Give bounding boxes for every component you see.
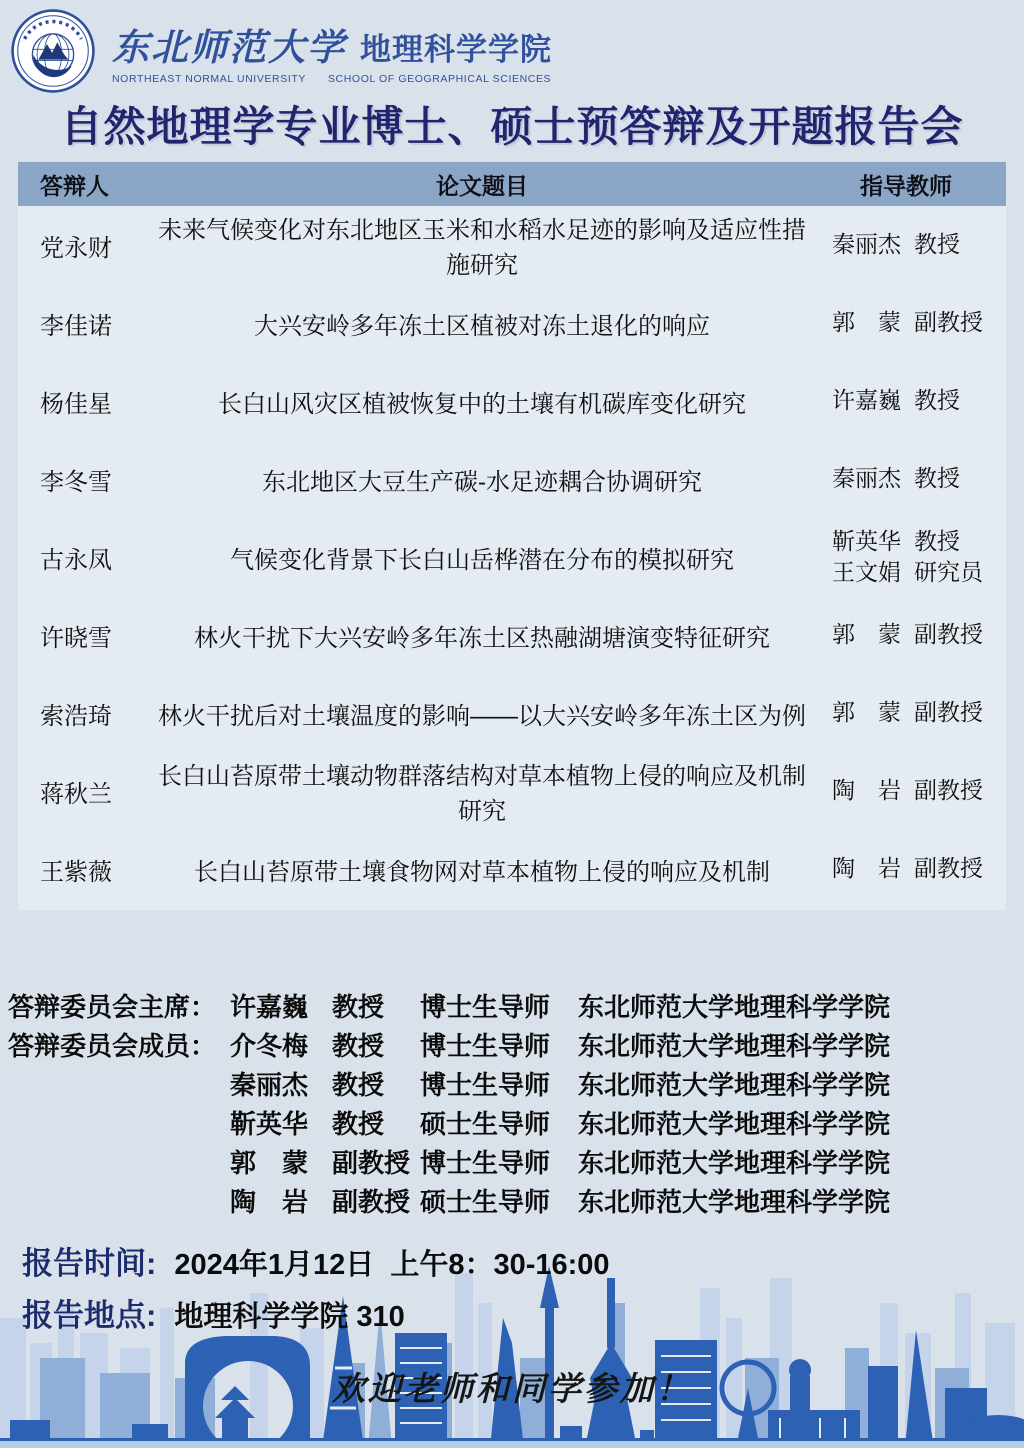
table-row: 索浩琦 林火干扰后对土壤温度的影响——以大兴安岭多年冻土区为例 郭 蒙副教授 <box>18 674 1006 752</box>
committee-member-org: 东北师范大学地理科学学院 <box>578 1065 1008 1102</box>
committee-member-name: 秦丽杰 <box>230 1065 332 1102</box>
thesis-title: 未来气候变化对东北地区玉米和水稻水足迹的影响及适应性措施研究 <box>148 210 816 280</box>
advisor-title: 副教授 <box>914 697 983 728</box>
advisor-title: 教授 <box>914 526 960 557</box>
defender-name: 许晓雪 <box>18 618 148 653</box>
report-place-row: 报告地点: 地理科学学院 310 <box>22 1290 405 1335</box>
report-time-row: 报告时间: 2024年1月12日 上午8：30-16:00 <box>22 1238 610 1283</box>
committee-row: 答辩委员会主席： 许嘉巍 教授 博士生导师 东北师范大学地理科学学院 <box>8 986 1008 1025</box>
advisor-name: 王文娟 <box>832 557 901 588</box>
advisor-cell: 郭 蒙副教授 <box>816 307 1006 338</box>
advisor-title: 副教授 <box>914 853 983 884</box>
defender-name: 李佳诺 <box>18 306 148 341</box>
advisor-title: 教授 <box>914 229 960 260</box>
thesis-title: 长白山风灾区植被恢复中的土壤有机碳库变化研究 <box>148 384 816 419</box>
school-name-en: SCHOOL OF GEOGRAPHICAL SCIENCES <box>328 73 551 85</box>
advisor-title: 副教授 <box>914 619 983 650</box>
advisor-name: 郭 蒙 <box>832 619 901 650</box>
committee-member-org: 东北师范大学地理科学学院 <box>578 1104 1008 1141</box>
table-row: 党永财 未来气候变化对东北地区玉米和水稻水足迹的影响及适应性措施研究 秦丽杰教授 <box>18 206 1006 284</box>
advisor-name: 靳英华 <box>832 526 901 557</box>
advisor-cell: 陶 岩副教授 <box>816 775 1006 806</box>
advisor-cell: 陶 岩副教授 <box>816 853 1006 884</box>
report-place-label: 报告地点: <box>22 1290 156 1335</box>
table-row: 李冬雪 东北地区大豆生产碳-水足迹耦合协调研究 秦丽杰教授 <box>18 440 1006 518</box>
committee-member-role: 博士生导师 <box>420 987 578 1024</box>
defender-name: 索浩琦 <box>18 696 148 731</box>
advisor-title: 教授 <box>914 463 960 494</box>
advisor-cell: 郭 蒙副教授 <box>816 619 1006 650</box>
advisor-cell: 秦丽杰教授 <box>816 229 1006 260</box>
committee-member-role: 博士生导师 <box>420 1026 578 1063</box>
table-row: 王紫薇 长白山苔原带土壤食物网对草本植物上侵的响应及机制 陶 岩副教授 <box>18 830 1006 908</box>
defender-name: 古永凤 <box>18 540 148 575</box>
advisor-name: 陶 岩 <box>832 853 901 884</box>
table-row: 古永凤 气候变化背景下长白山岳桦潜在分布的模拟研究 靳英华教授 王文娟研究员 <box>18 518 1006 596</box>
committee-member-org: 东北师范大学地理科学学院 <box>578 1182 1008 1219</box>
committee-member-title: 教授 <box>332 1104 420 1141</box>
defender-name: 党永财 <box>18 228 148 263</box>
poster-page: 东北师范大学 地理科学学院 NORTHEAST NORMAL UNIVERSIT… <box>0 0 1024 1448</box>
committee-row: 郭 蒙 副教授 博士生导师 东北师范大学地理科学学院 <box>8 1142 1008 1181</box>
table-row: 许晓雪 林火干扰下大兴安岭多年冻土区热融湖塘演变特征研究 郭 蒙副教授 <box>18 596 1006 674</box>
advisor-title: 教授 <box>914 385 960 416</box>
university-name-en: NORTHEAST NORMAL UNIVERSITY <box>112 73 306 85</box>
advisor-cell: 许嘉巍教授 <box>816 385 1006 416</box>
defender-name: 杨佳星 <box>18 384 148 419</box>
advisor-name: 郭 蒙 <box>832 697 901 728</box>
committee-member-role: 博士生导师 <box>420 1143 578 1180</box>
advisor-name: 许嘉巍 <box>832 385 901 416</box>
university-name-cn: 东北师范大学 <box>112 17 346 71</box>
thesis-title: 长白山苔原带土壤食物网对草本植物上侵的响应及机制 <box>148 852 816 887</box>
thesis-title: 东北地区大豆生产碳-水足迹耦合协调研究 <box>148 462 816 497</box>
advisor-name: 陶 岩 <box>832 775 901 806</box>
column-header-thesis: 论文题目 <box>148 168 816 201</box>
committee-member-role: 博士生导师 <box>420 1065 578 1102</box>
committee-member-role: 硕士生导师 <box>420 1182 578 1219</box>
committee-row: 秦丽杰 教授 博士生导师 东北师范大学地理科学学院 <box>8 1064 1008 1103</box>
advisor-title: 副教授 <box>914 307 983 338</box>
table-row: 蒋秋兰 长白山苔原带土壤动物群落结构对草本植物上侵的响应及机制研究 陶 岩副教授 <box>18 752 1006 830</box>
advisor-cell: 郭 蒙副教授 <box>816 697 1006 728</box>
school-name-cn: 地理科学学院 <box>360 24 552 69</box>
defender-name: 李冬雪 <box>18 462 148 497</box>
advisor-cell: 秦丽杰教授 <box>816 463 1006 494</box>
thesis-title: 大兴安岭多年冻土区植被对冻土退化的响应 <box>148 306 816 341</box>
advisor-title: 研究员 <box>914 557 983 588</box>
committee-member-name: 陶 岩 <box>230 1182 332 1219</box>
committee-member-org: 东北师范大学地理科学学院 <box>578 987 1008 1024</box>
defense-table: 答辩人 论文题目 指导教师 党永财 未来气候变化对东北地区玉米和水稻水足迹的影响… <box>18 162 1006 910</box>
committee-row: 答辩委员会成员： 介冬梅 教授 博士生导师 东北师范大学地理科学学院 <box>8 1025 1008 1064</box>
brand-header: 东北师范大学 地理科学学院 NORTHEAST NORMAL UNIVERSIT… <box>10 8 552 94</box>
committee-member-title: 教授 <box>332 1065 420 1102</box>
page-title: 自然地理学专业博士、硕士预答辩及开题报告会 <box>0 94 1024 154</box>
committee-member-name: 靳英华 <box>230 1104 332 1141</box>
committee-row: 陶 岩 副教授 硕士生导师 东北师范大学地理科学学院 <box>8 1181 1008 1220</box>
advisor-name: 秦丽杰 <box>832 463 901 494</box>
committee-member-title: 副教授 <box>332 1143 420 1180</box>
column-header-defender: 答辩人 <box>18 168 148 201</box>
table-header-row: 答辩人 论文题目 指导教师 <box>18 162 1006 206</box>
report-time-value: 2024年1月12日 上午8：30-16:00 <box>174 1242 609 1283</box>
committee-member-name: 郭 蒙 <box>230 1143 332 1180</box>
committee-member-name: 许嘉巍 <box>230 987 332 1024</box>
table-row: 杨佳星 长白山风灾区植被恢复中的土壤有机碳库变化研究 许嘉巍教授 <box>18 362 1006 440</box>
report-time-label: 报告时间: <box>22 1238 156 1283</box>
advisor-title: 副教授 <box>914 775 983 806</box>
university-seal-icon <box>10 8 96 94</box>
advisor-name: 秦丽杰 <box>832 229 901 260</box>
table-row: 李佳诺 大兴安岭多年冻土区植被对冻土退化的响应 郭 蒙副教授 <box>18 284 1006 362</box>
welcome-message: 欢迎老师和同学参加！ <box>0 1363 1024 1410</box>
committee-member-role: 硕士生导师 <box>420 1104 578 1141</box>
thesis-title: 林火干扰后对土壤温度的影响——以大兴安岭多年冻土区为例 <box>148 696 816 731</box>
committee-row-label: 答辩委员会主席： <box>8 987 230 1024</box>
committee-member-name: 介冬梅 <box>230 1026 332 1063</box>
committee-member-title: 教授 <box>332 1026 420 1063</box>
committee-member-title: 副教授 <box>332 1182 420 1219</box>
advisor-name: 郭 蒙 <box>832 307 901 338</box>
committee-member-title: 教授 <box>332 987 420 1024</box>
committee-row: 靳英华 教授 硕士生导师 东北师范大学地理科学学院 <box>8 1103 1008 1142</box>
committee-member-org: 东北师范大学地理科学学院 <box>578 1026 1008 1063</box>
committee-row-label: 答辩委员会成员： <box>8 1026 230 1063</box>
advisor-cell: 靳英华教授 王文娟研究员 <box>816 526 1006 588</box>
thesis-title: 林火干扰下大兴安岭多年冻土区热融湖塘演变特征研究 <box>148 618 816 653</box>
defender-name: 蒋秋兰 <box>18 774 148 809</box>
thesis-title: 长白山苔原带土壤动物群落结构对草本植物上侵的响应及机制研究 <box>148 756 816 826</box>
brand-text: 东北师范大学 地理科学学院 NORTHEAST NORMAL UNIVERSIT… <box>112 17 552 85</box>
committee-member-org: 东北师范大学地理科学学院 <box>578 1143 1008 1180</box>
column-header-advisor: 指导教师 <box>816 168 1006 201</box>
defender-name: 王紫薇 <box>18 852 148 887</box>
committee-section: 答辩委员会主席： 许嘉巍 教授 博士生导师 东北师范大学地理科学学院 答辩委员会… <box>8 986 1008 1220</box>
report-place-value: 地理科学学院 310 <box>174 1294 404 1335</box>
thesis-title: 气候变化背景下长白山岳桦潜在分布的模拟研究 <box>148 540 816 575</box>
